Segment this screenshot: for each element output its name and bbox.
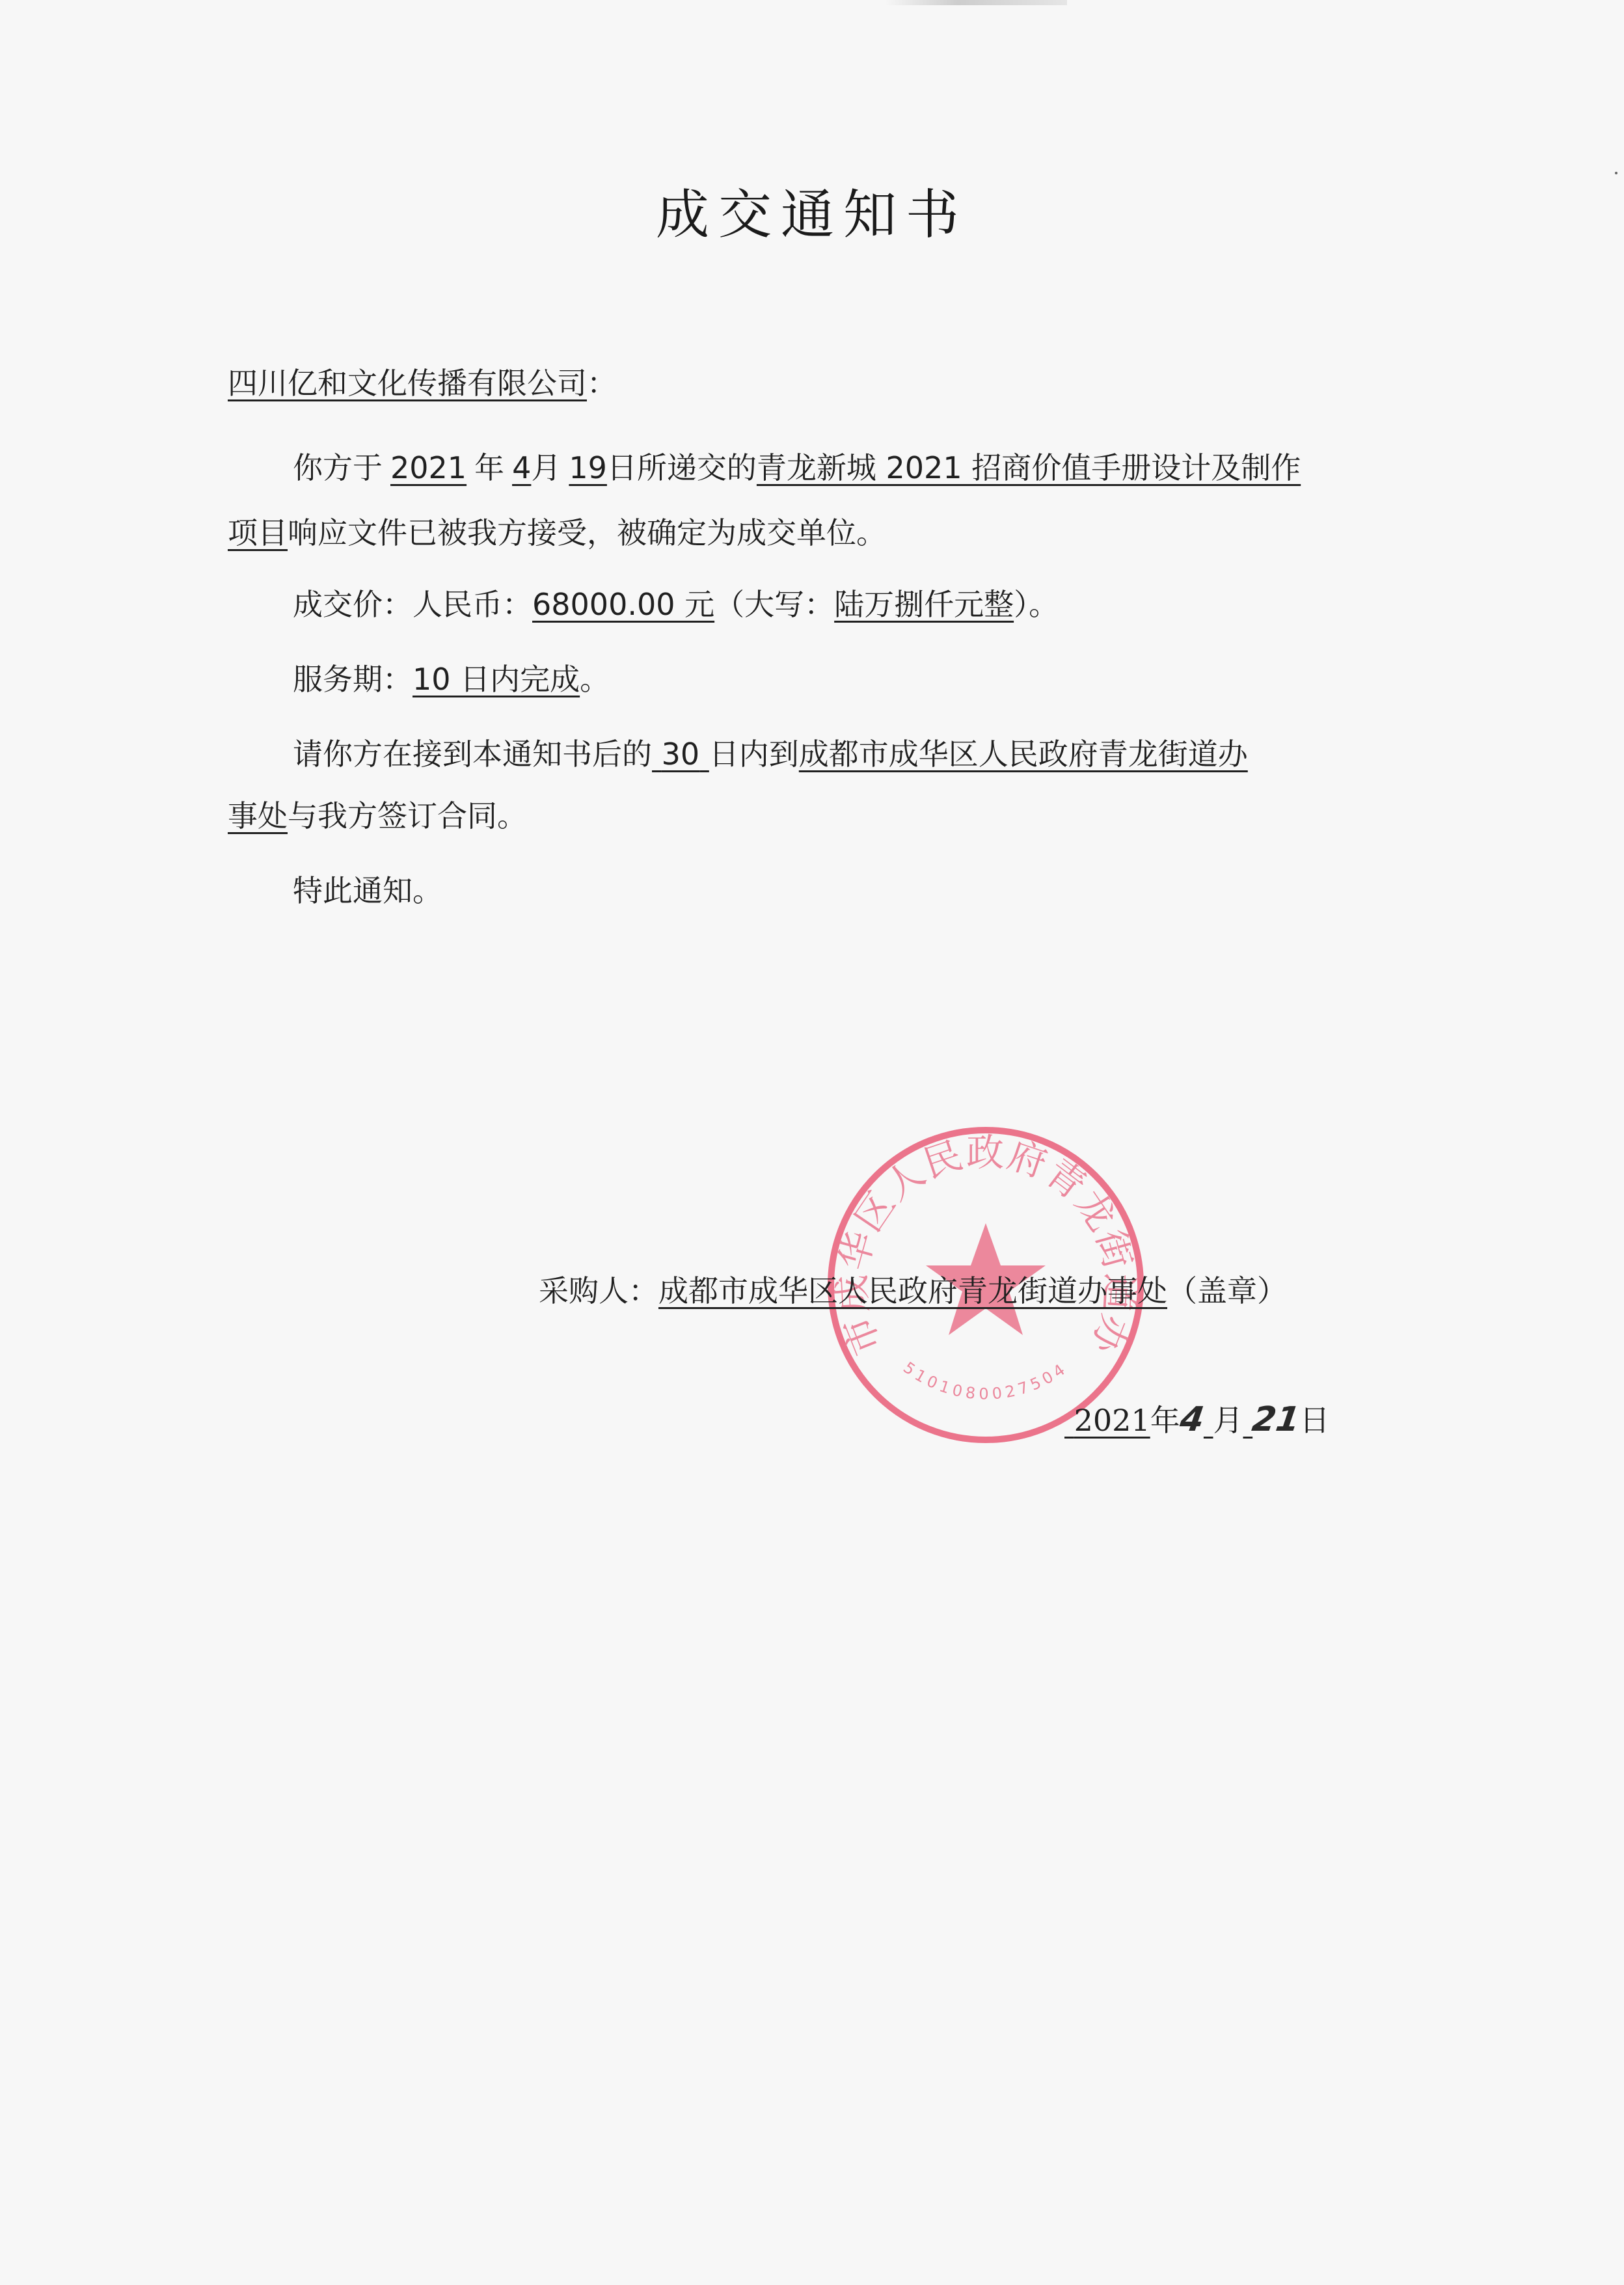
contract-days-suffix: 日内到 bbox=[709, 737, 799, 772]
submission-month-suffix: 月 bbox=[531, 450, 561, 485]
price-capital-amount: 陆万捌仟元整 bbox=[834, 587, 1014, 622]
submission-day-suffix: 日所递交的 bbox=[607, 450, 757, 485]
document-title: 成交通知书 bbox=[0, 189, 1624, 242]
project-name-part1: 青龙新城 2021 招商价值手册设计及制作 bbox=[757, 450, 1301, 485]
contract-location-part1: 成都市成华区人民政府青龙街道办 bbox=[799, 737, 1248, 772]
date-day: 21 bbox=[1243, 1403, 1300, 1438]
document-page: 成交通知书 四川亿和文化传播有限公司： 你方于2021年4月19日所递交的青龙新… bbox=[0, 0, 1624, 2285]
stamp-note: （盖章） bbox=[1167, 1273, 1287, 1308]
contract-location-part2: 事处 bbox=[228, 798, 288, 833]
closing-line: 特此通知。 bbox=[293, 876, 442, 906]
seal-arc-text: 成都市成华区人民政府青龙街道办事处 bbox=[826, 1126, 1142, 1361]
submission-year: 2021 bbox=[390, 450, 467, 485]
service-period-value: 10 日内完成 bbox=[413, 662, 580, 697]
service-period-line: 服务期：10 日内完成。 bbox=[293, 664, 610, 694]
price-label: 成交价：人民币： bbox=[293, 587, 532, 622]
date-day-handwritten: 21 bbox=[1250, 1403, 1302, 1437]
price-capital-suffix: ）。 bbox=[1014, 587, 1059, 622]
date-year: 2021 bbox=[1064, 1403, 1150, 1438]
submission-year-suffix: 年 bbox=[474, 450, 504, 485]
date-month-suffix: 月 bbox=[1213, 1403, 1243, 1438]
submission-month: 4 bbox=[512, 450, 531, 485]
date-day-suffix: 日 bbox=[1300, 1403, 1330, 1438]
addressee-name: 四川亿和文化传播有限公司 bbox=[228, 366, 587, 401]
date-line: 2021年4 月 21日 bbox=[1064, 1403, 1330, 1437]
submission-suffix: 响应文件已被我方接受，被确定为成交单位。 bbox=[288, 515, 886, 550]
contract-suffix: 与我方签订合同。 bbox=[288, 798, 527, 833]
price-line: 成交价：人民币：68000.00 元（大写：陆万捌仟元整）。 bbox=[293, 589, 1059, 619]
scan-artifact bbox=[885, 0, 1067, 5]
signature-line: 采购人：成都市成华区人民政府青龙街道办事处（盖章） bbox=[539, 1276, 1287, 1306]
contract-prefix: 请你方在接到本通知书后的 bbox=[293, 737, 652, 772]
purchaser-name: 成都市成华区人民政府青龙街道办事处 bbox=[658, 1273, 1167, 1308]
date-month-handwritten: 4 bbox=[1178, 1403, 1206, 1437]
contract-days-value: 30 bbox=[662, 737, 700, 772]
service-period-label: 服务期： bbox=[293, 662, 413, 697]
paragraph-submission-line2: 项目响应文件已被我方接受，被确定为成交单位。 bbox=[228, 518, 886, 548]
paragraph-contract-line2: 事处与我方签订合同。 bbox=[228, 801, 527, 831]
service-period-suffix: 。 bbox=[580, 662, 610, 697]
seal-number: 5101080027504 bbox=[900, 1359, 1072, 1403]
submission-day: 19 bbox=[569, 450, 607, 485]
price-capital-prefix: （大写： bbox=[714, 587, 834, 622]
project-name-part2: 项目 bbox=[228, 515, 288, 550]
date-year-value: 2021 bbox=[1074, 1403, 1150, 1438]
date-month: 4 bbox=[1180, 1403, 1213, 1438]
price-amount: 68000.00 元 bbox=[532, 587, 714, 622]
contract-days: 30 bbox=[652, 737, 709, 772]
submission-prefix: 你方于 bbox=[293, 450, 383, 485]
date-year-suffix: 年 bbox=[1150, 1403, 1180, 1438]
addressee-line: 四川亿和文化传播有限公司： bbox=[228, 368, 617, 398]
scan-artifact bbox=[1615, 172, 1617, 174]
addressee-colon: ： bbox=[587, 366, 617, 401]
paragraph-contract-line1: 请你方在接到本通知书后的 30 日内到成都市成华区人民政府青龙街道办 bbox=[293, 739, 1248, 769]
purchaser-label: 采购人： bbox=[539, 1273, 658, 1308]
paragraph-submission-line1: 你方于2021年4月19日所递交的青龙新城 2021 招商价值手册设计及制作 bbox=[293, 453, 1301, 483]
